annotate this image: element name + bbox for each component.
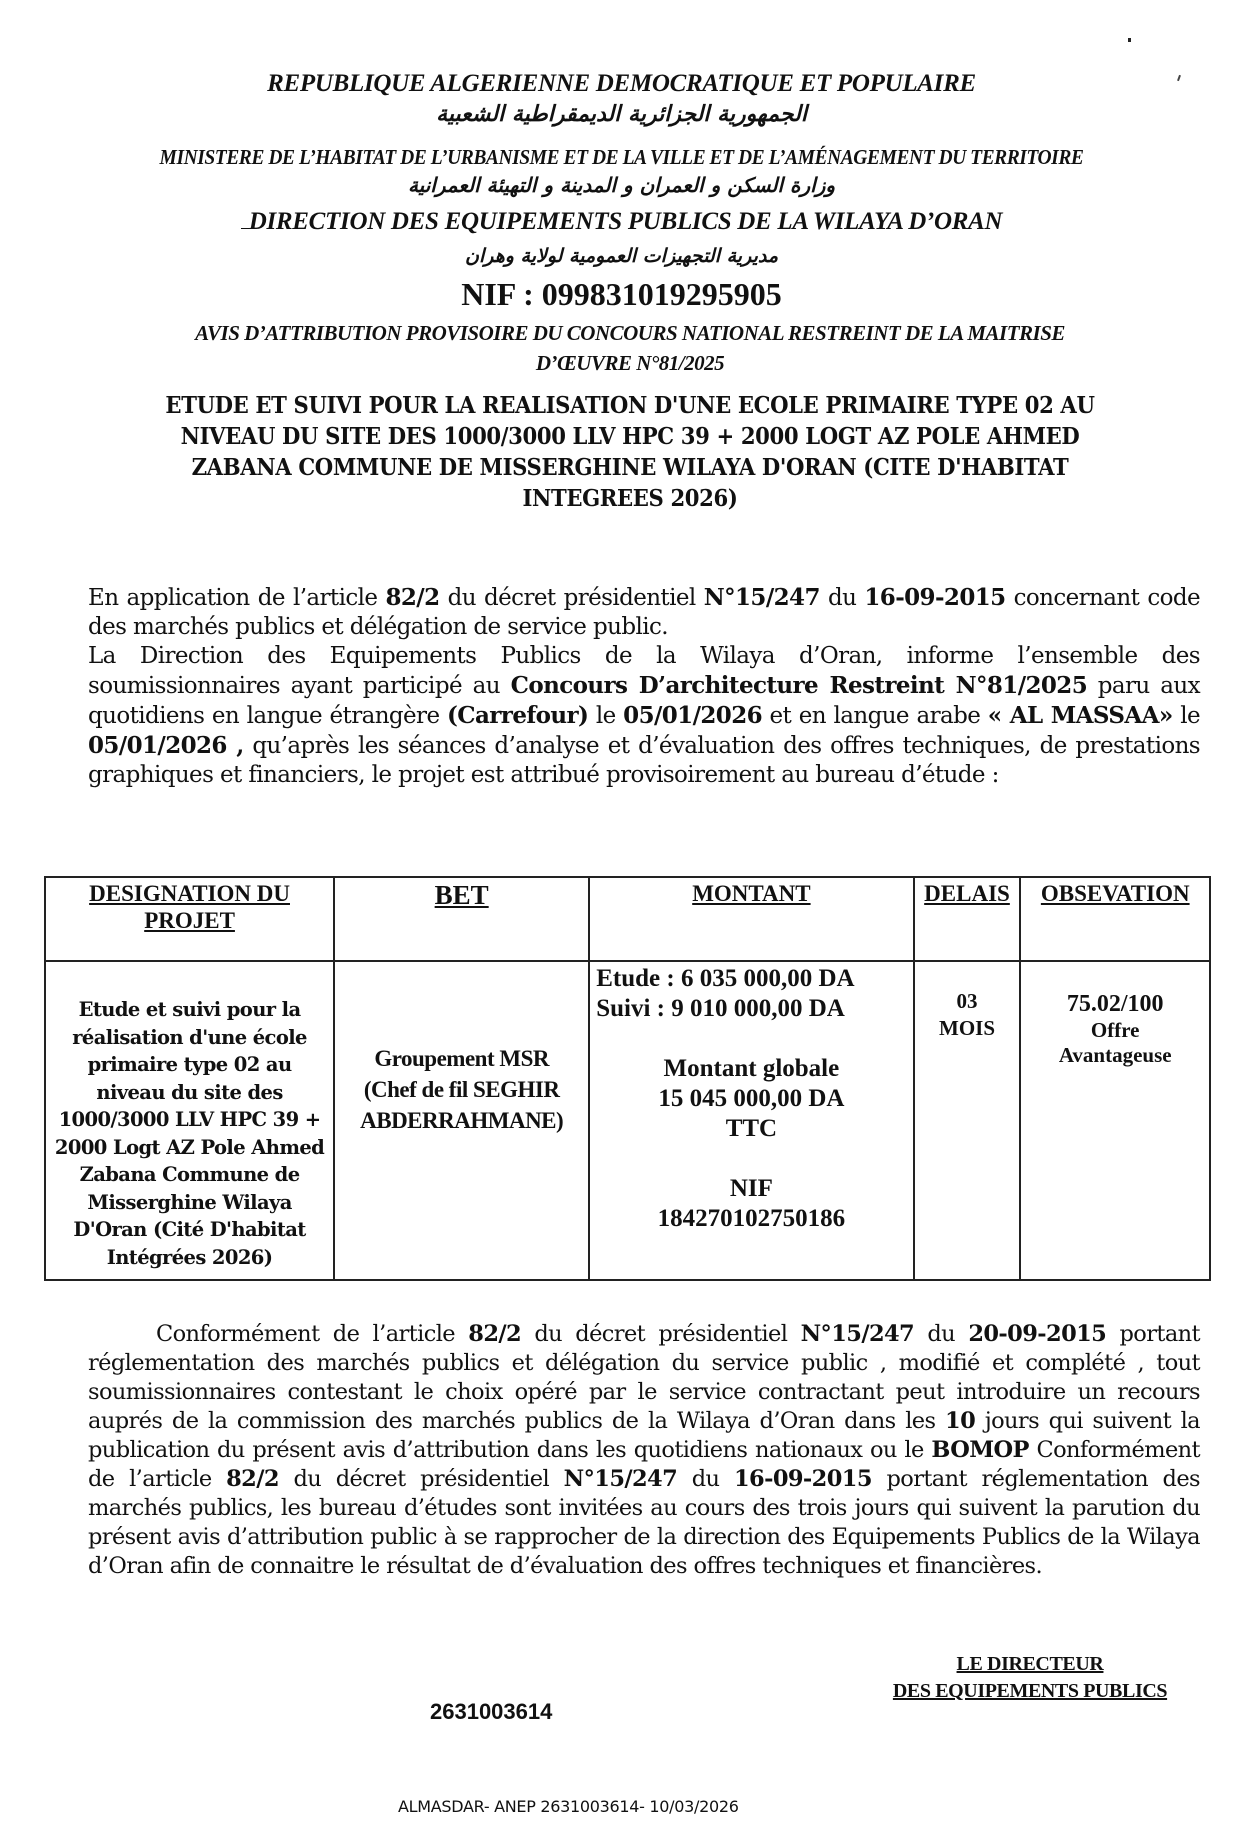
montant-global-value: 15 045 000,00 DA: [590, 1084, 912, 1114]
montant-ttc: TTC: [590, 1114, 912, 1144]
header-delais: DELAIS: [914, 877, 1021, 961]
table-header-row: DESIGNATION DU PROJET BET MONTANT DELAIS…: [45, 877, 1210, 961]
montant-global-label: Montant globale: [590, 1054, 912, 1084]
attribution-table: DESIGNATION DU PROJET BET MONTANT DELAIS…: [44, 876, 1211, 1281]
reference-number: 2631003614: [430, 1699, 552, 1725]
avis-title-line1: AVIS D’ATTRIBUTION PROVISOIRE DU CONCOUR…: [130, 318, 1130, 348]
montant-etude: Etude : 6 035 000,00 DA: [590, 964, 912, 994]
table-row: Etude et suivi pour la réalisation d'une…: [45, 961, 1210, 1280]
recourse-paragraph: Conformément de l’article 82/2 du décret…: [88, 1320, 1200, 1581]
republic-title-ar: الجمهورية الجزائرية الديمقراطية الشعبية: [0, 102, 1243, 127]
header-bet: BET: [334, 877, 589, 961]
avis-title-line2: D’ŒUVRE N°81/2025: [130, 348, 1130, 378]
footer-source: ALMASDAR- ANEP 2631003614- 10/03/2026: [398, 1797, 739, 1816]
direction-title-fr: DIRECTION DES EQUIPEMENTS PUBLICS DE LA …: [0, 208, 1243, 236]
ministry-title-fr: MINISTERE DE L’HABITAT DE L’URBANISME ET…: [44, 145, 1200, 170]
avis-title: AVIS D’ATTRIBUTION PROVISOIRE DU CONCOUR…: [130, 318, 1130, 378]
cell-montant: Etude : 6 035 000,00 DA Suivi : 9 010 00…: [589, 961, 913, 1280]
direction-title-text: DIRECTION DES EQUIPEMENTS PUBLICS DE LA …: [249, 208, 1003, 235]
header-montant: MONTANT: [589, 877, 913, 961]
cell-designation: Etude et suivi pour la réalisation d'une…: [45, 961, 334, 1280]
bet-nif-label: NIF: [590, 1174, 912, 1204]
cell-delais: 03 MOIS: [914, 961, 1021, 1280]
underscore-mark: [241, 228, 249, 229]
bet-lead-name: ABDERRAHMANE): [335, 1105, 588, 1136]
bet-lead: (Chef de fil SEGHIR: [335, 1074, 588, 1105]
nif-number: NIF : 099831019295905: [0, 276, 1243, 313]
cell-bet: Groupement MSR (Chef de fil SEGHIR ABDER…: [334, 961, 589, 1280]
project-object-title: ETUDE ET SUIVI POUR LA REALISATION D'UNE…: [133, 390, 1127, 514]
bet-name: Groupement MSR: [335, 1043, 588, 1074]
ministry-title-ar: وزارة السكن و العمران و المدينة و التهيئ…: [0, 173, 1243, 197]
montant-suivi: Suivi : 9 010 000,00 DA: [590, 994, 912, 1024]
direction-title-ar: مديرية التجهيزات العمومية لولاية وهران: [0, 245, 1243, 267]
signature-department: DES EQUIPEMENTS PUBLICS: [820, 1678, 1240, 1705]
intro-paragraph: En application de l’article 82/2 du décr…: [88, 583, 1200, 790]
scan-mark: [1128, 38, 1131, 42]
obs-score: 75.02/100: [1021, 990, 1209, 1018]
delais-value: 03: [915, 988, 1020, 1015]
obs-offer: Offre: [1021, 1018, 1209, 1043]
signature-block: LE DIRECTEUR DES EQUIPEMENTS PUBLICS: [820, 1651, 1240, 1705]
bet-nif-value: 184270102750186: [590, 1204, 912, 1234]
republic-title-fr: REPUBLIQUE ALGERIENNE DEMOCRATIQUE ET PO…: [0, 70, 1243, 98]
signature-title: LE DIRECTEUR: [820, 1651, 1240, 1678]
delais-unit: MOIS: [915, 1015, 1020, 1042]
header-observation: OBSEVATION: [1020, 877, 1210, 961]
cell-observation: 75.02/100 Offre Avantageuse: [1020, 961, 1210, 1280]
header-designation: DESIGNATION DU PROJET: [45, 877, 334, 961]
obs-advantageous: Avantageuse: [1021, 1043, 1209, 1068]
